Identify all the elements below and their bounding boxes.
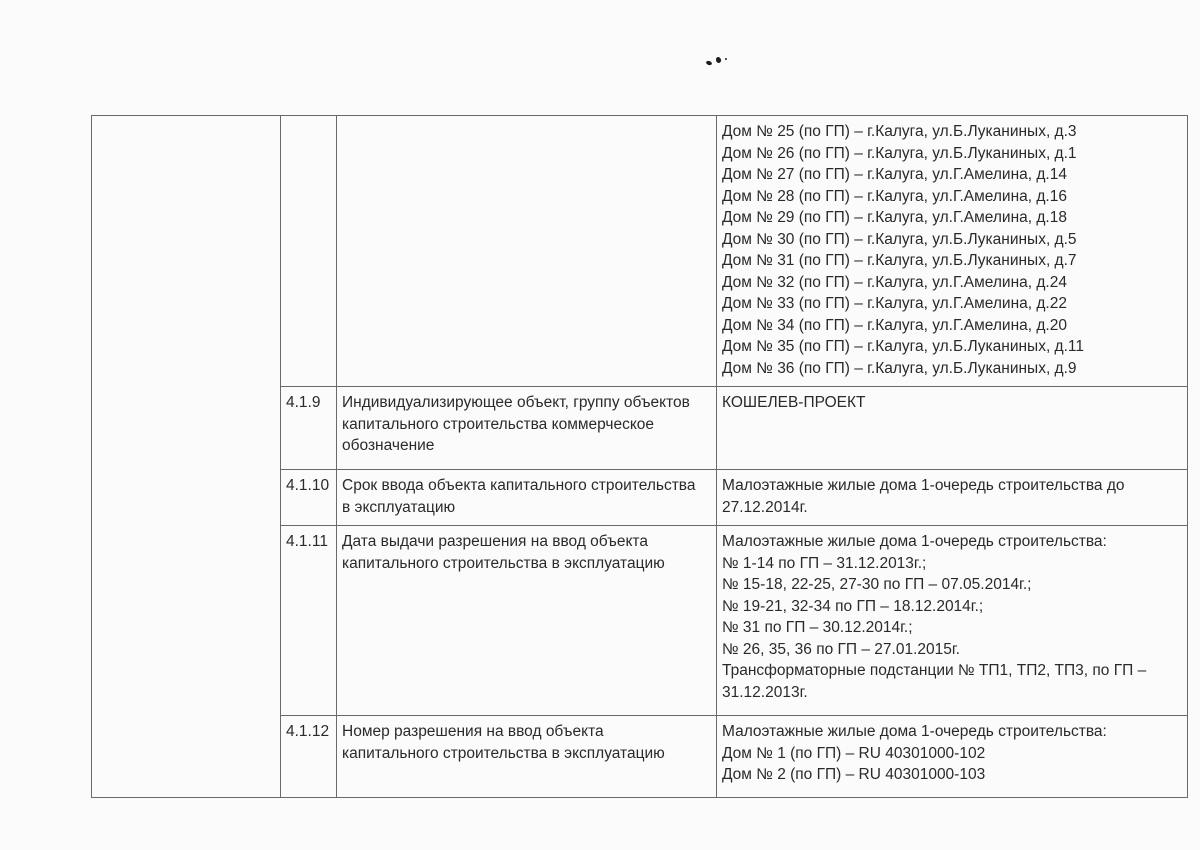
text-line: 31.12.2013г.	[722, 682, 1182, 704]
item-value: Малоэтажные жилые дома 1-очередь строите…	[717, 716, 1188, 798]
text-line: № 1-14 по ГП – 31.12.2013г.;	[722, 553, 1182, 575]
table-body: Дом № 25 (по ГП) – г.Калуга, ул.Б.Лукани…	[92, 116, 1188, 798]
text-line: Дом № 34 (по ГП) – г.Калуга, ул.Г.Амелин…	[722, 315, 1182, 337]
text-line: Дом № 35 (по ГП) – г.Калуга, ул.Б.Лукани…	[722, 336, 1182, 358]
table-row: Дом № 25 (по ГП) – г.Калуга, ул.Б.Лукани…	[92, 116, 1188, 387]
text-line: Дом № 32 (по ГП) – г.Калуга, ул.Г.Амелин…	[722, 272, 1182, 294]
text-line: Малоэтажные жилые дома 1-очередь строите…	[722, 721, 1182, 743]
text-line: № 31 по ГП – 30.12.2014г.;	[722, 617, 1182, 639]
text-line: Дом № 2 (по ГП) – RU 40301000-103	[722, 764, 1182, 786]
text-line: № 15-18, 22-25, 27-30 по ГП – 07.05.2014…	[722, 574, 1182, 596]
item-number	[281, 116, 337, 387]
text-line: Трансформаторные подстанции № ТП1, ТП2, …	[722, 660, 1182, 682]
text-line: Дом № 36 (по ГП) – г.Калуга, ул.Б.Лукани…	[722, 358, 1182, 380]
text-line: Дом № 29 (по ГП) – г.Калуга, ул.Г.Амелин…	[722, 207, 1182, 229]
item-value: Малоэтажные жилые дома 1-очередь строите…	[717, 526, 1188, 716]
item-value: Дом № 25 (по ГП) – г.Калуга, ул.Б.Лукани…	[717, 116, 1188, 387]
text-line: Малоэтажные жилые дома 1-очередь строите…	[722, 475, 1182, 497]
text-line: Малоэтажные жилые дома 1-очередь строите…	[722, 531, 1182, 553]
item-number: 4.1.11	[281, 526, 337, 716]
text-line: Номер разрешения на ввод объекта	[342, 721, 711, 743]
project-declaration-table: Дом № 25 (по ГП) – г.Калуга, ул.Б.Лукани…	[91, 115, 1188, 798]
text-line: Дом № 27 (по ГП) – г.Калуга, ул.Г.Амелин…	[722, 164, 1182, 186]
item-value: КОШЕЛЕВ-ПРОЕКТ	[717, 387, 1188, 470]
text-line: Дом № 28 (по ГП) – г.Калуга, ул.Г.Амелин…	[722, 186, 1182, 208]
text-line: капитального строительства в эксплуатаци…	[342, 553, 711, 575]
text-line: № 26, 35, 36 по ГП – 27.01.2015г.	[722, 639, 1182, 661]
item-label: Срок ввода объекта капитального строител…	[337, 470, 717, 526]
item-number: 4.1.10	[281, 470, 337, 526]
text-line: № 19-21, 32-34 по ГП – 18.12.2014г.;	[722, 596, 1182, 618]
ink-dot	[725, 58, 727, 60]
text-line: Дом № 33 (по ГП) – г.Калуга, ул.Г.Амелин…	[722, 293, 1182, 315]
text-line: Дом № 26 (по ГП) – г.Калуга, ул.Б.Лукани…	[722, 143, 1182, 165]
text-line: Дом № 25 (по ГП) – г.Калуга, ул.Б.Лукани…	[722, 121, 1182, 143]
item-label	[337, 116, 717, 387]
text-line: в эксплуатацию	[342, 497, 711, 519]
item-value: Малоэтажные жилые дома 1-очередь строите…	[717, 470, 1188, 526]
item-label: Индивидуализирующее объект, группу объек…	[337, 387, 717, 470]
text-line: Дата выдачи разрешения на ввод объекта	[342, 531, 711, 553]
text-line: Индивидуализирующее объект, группу объек…	[342, 392, 711, 414]
text-line: Дом № 30 (по ГП) – г.Калуга, ул.Б.Лукани…	[722, 229, 1182, 251]
text-line: Дом № 1 (по ГП) – RU 40301000-102	[722, 743, 1182, 765]
item-label: Номер разрешения на ввод объектакапиталь…	[337, 716, 717, 798]
ink-dot	[705, 60, 712, 66]
section-cell-empty	[92, 116, 281, 798]
text-line: 27.12.2014г.	[722, 497, 1182, 519]
text-line: обозначение	[342, 435, 711, 457]
scan-artifact-mark	[706, 55, 736, 69]
text-line: Дом № 31 (по ГП) – г.Калуга, ул.Б.Лукани…	[722, 250, 1182, 272]
item-label: Дата выдачи разрешения на ввод объектака…	[337, 526, 717, 716]
item-number: 4.1.12	[281, 716, 337, 798]
text-line: Срок ввода объекта капитального строител…	[342, 475, 711, 497]
text-line: КОШЕЛЕВ-ПРОЕКТ	[722, 392, 1182, 414]
item-number: 4.1.9	[281, 387, 337, 470]
text-line: капитального строительства в эксплуатаци…	[342, 743, 711, 765]
text-line: капитального строительства коммерческое	[342, 414, 711, 436]
ink-dot	[715, 56, 722, 63]
